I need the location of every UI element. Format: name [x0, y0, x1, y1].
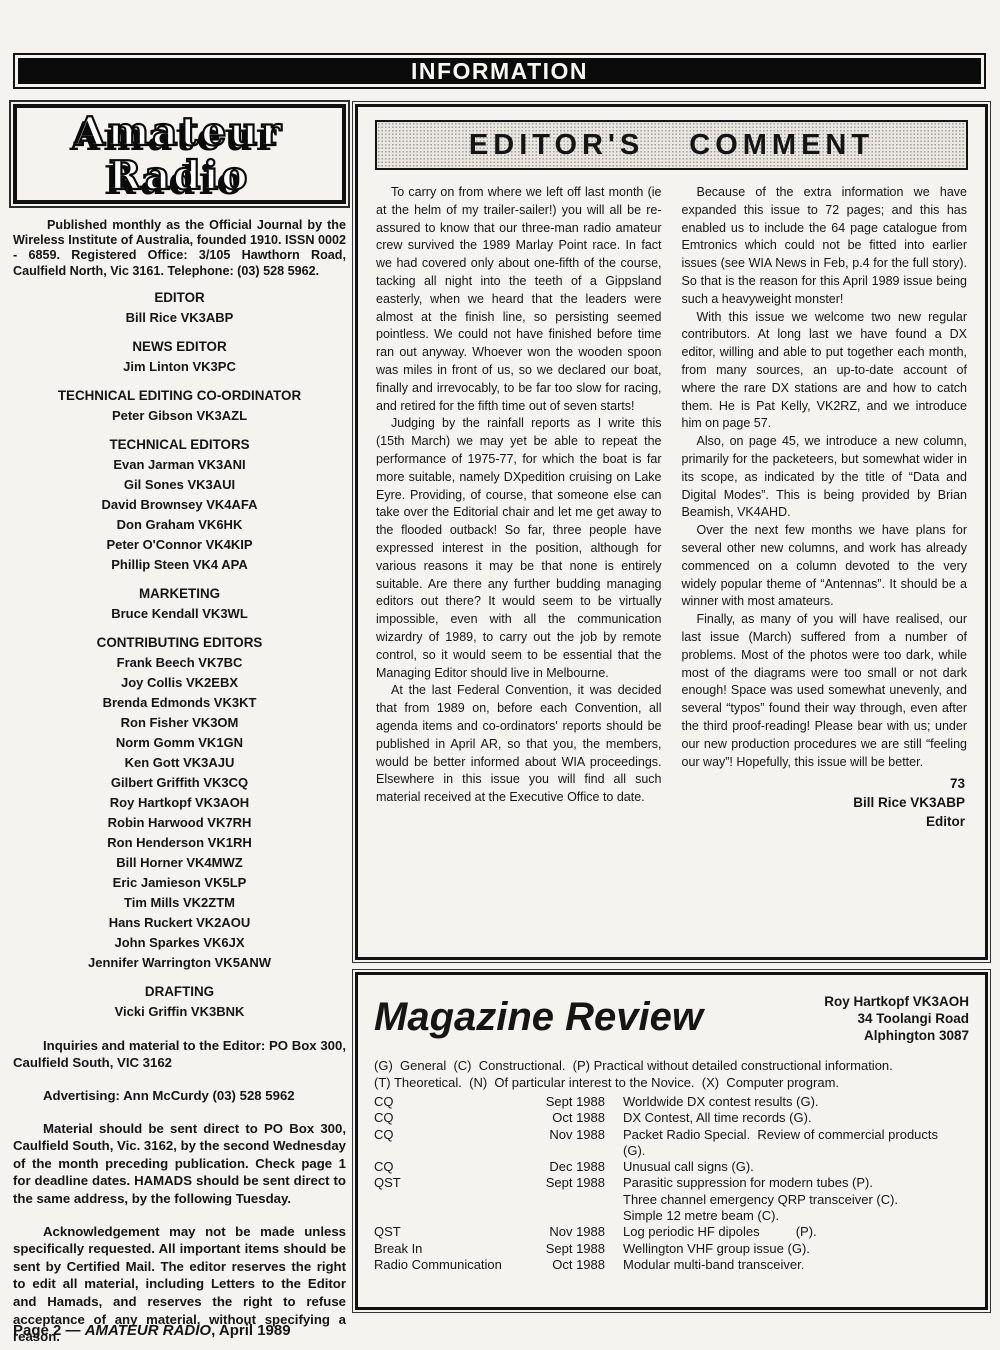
review-description: Wellington VHF group issue (G). — [623, 1241, 969, 1257]
logo-word-radio: Radio — [109, 154, 251, 198]
review-row: CQ Nov 1988 Packet Radio Special. Review… — [374, 1127, 969, 1160]
signoff-role: Editor — [682, 812, 966, 831]
staff-person: Robin Harwood VK7RH — [13, 813, 346, 833]
comment-paragraph: Finally, as many of you will have realis… — [682, 611, 968, 771]
review-magazine: Radio Communication — [374, 1257, 519, 1273]
staff-person: Bill Horner VK4MWZ — [13, 853, 346, 873]
staff-person: Hans Ruckert VK2AOU — [13, 913, 346, 933]
staff-person: Peter O'Connor VK4KIP — [13, 535, 346, 555]
review-magazine: CQ — [374, 1110, 519, 1126]
logo-word-amateur: Amateur — [75, 110, 285, 154]
page-footer: Page 2 — AMATEUR RADIO, April 1989 — [13, 1322, 291, 1339]
review-description: Packet Radio Special. Review of commerci… — [623, 1127, 969, 1160]
staff-person: Ron Fisher VK3OM — [13, 713, 346, 733]
review-magazine: CQ — [374, 1094, 519, 1110]
staff-section-title: TECHNICAL EDITORS — [13, 435, 346, 455]
comment-paragraph: Judging by the rainfall reports as I wri… — [376, 415, 662, 682]
staff-person: David Brownsey VK4AFA — [13, 495, 346, 515]
masthead-note: Inquiries and material to the Editor: PO… — [13, 1037, 346, 1072]
review-date: Oct 1988 — [537, 1110, 605, 1126]
review-description: DX Contest, All time records (G). — [623, 1110, 969, 1126]
review-date: Oct 1988 — [537, 1257, 605, 1273]
staff-person: Gil Sones VK3AUI — [13, 475, 346, 495]
review-table: CQ Sept 1988 Worldwide DX contest result… — [374, 1094, 969, 1273]
staff-person: Jennifer Warrington VK5ANW — [13, 953, 346, 973]
staff-person: Roy Hartkopf VK3AOH — [13, 793, 346, 813]
review-description: Modular multi-band transceiver. — [623, 1257, 969, 1273]
comment-paragraph: Because of the extra information we have… — [682, 184, 968, 309]
staff-person: Bruce Kendall VK3WL — [13, 604, 346, 624]
review-description: Log periodic HF dipoles (P). — [623, 1224, 969, 1240]
review-legend-line-2: (T) Theoretical. (N) Of particular inter… — [374, 1075, 969, 1092]
staff-section-contributing-editors: CONTRIBUTING EDITORS Frank Beech VK7BCJo… — [13, 633, 346, 973]
review-magazine: CQ — [374, 1159, 519, 1175]
staff-person: Gilbert Griffith VK3CQ — [13, 773, 346, 793]
staff-person: Frank Beech VK7BC — [13, 653, 346, 673]
review-date: Nov 1988 — [537, 1224, 605, 1240]
staff-person: Don Graham VK6HK — [13, 515, 346, 535]
review-row: QST Sept 1988 Parasitic suppression for … — [374, 1175, 969, 1224]
staff-section-title: EDITOR — [13, 288, 346, 308]
staff-people: Evan Jarman VK3ANIGil Sones VK3AUIDavid … — [13, 455, 346, 575]
staff-person: Bill Rice VK3ABP — [13, 308, 346, 328]
editors-comment-columns: To carry on from where we left off last … — [376, 184, 967, 831]
review-magazine: QST — [374, 1175, 519, 1224]
review-magazine: CQ — [374, 1127, 519, 1160]
staff-section-news-editor: NEWS EDITOR Jim Linton VK3PC — [13, 337, 346, 377]
staff-people: Bruce Kendall VK3WL — [13, 604, 346, 624]
editors-comment-header: EDITOR'S COMMENT — [375, 120, 968, 170]
staff-section-title: TECHNICAL EDITING CO-ORDINATOR — [13, 386, 346, 406]
comment-paragraph: Also, on page 45, we introduce a new col… — [682, 433, 968, 522]
information-label: INFORMATION — [411, 58, 588, 85]
footer-page-number: Page 2 — — [13, 1322, 85, 1339]
editors-comment-column-2: Because of the extra information we have… — [682, 184, 968, 831]
magazine-review-title: Magazine Review — [374, 995, 703, 1039]
footer-magazine-name: AMATEUR RADIO — [85, 1322, 211, 1339]
staff-person: Peter Gibson VK3AZL — [13, 406, 346, 426]
comment-paragraph: With this issue we welcome two new regul… — [682, 309, 968, 434]
staff-person: Joy Collis VK2EBX — [13, 673, 346, 693]
review-date: Sept 1988 — [537, 1094, 605, 1110]
masthead-column: Amateur Radio Published monthly as the O… — [13, 104, 346, 1346]
comment-paragraphs: Because of the extra information we have… — [682, 184, 968, 771]
information-banner-bar: INFORMATION — [18, 58, 981, 84]
staff-people: Frank Beech VK7BCJoy Collis VK2EBXBrenda… — [13, 653, 346, 973]
masthead-note: Material should be sent direct to PO Box… — [13, 1120, 346, 1208]
comment-paragraph: To carry on from where we left off last … — [376, 184, 662, 415]
signoff-name: Bill Rice VK3ABP — [682, 793, 966, 812]
review-row: CQ Sept 1988 Worldwide DX contest result… — [374, 1094, 969, 1110]
review-date: Dec 1988 — [537, 1159, 605, 1175]
staff-section-technical-editors: TECHNICAL EDITORS Evan Jarman VK3ANIGil … — [13, 435, 346, 575]
review-date: Sept 1988 — [537, 1175, 605, 1224]
editors-comment-title: EDITOR'S COMMENT — [469, 129, 874, 162]
staff-section-tech-coordinator: TECHNICAL EDITING CO-ORDINATOR Peter Gib… — [13, 386, 346, 426]
masthead-note: Advertising: Ann McCurdy (03) 528 5962 — [13, 1087, 346, 1105]
signoff-block: 73 Bill Rice VK3ABP Editor — [682, 774, 968, 831]
staff-section-editor: EDITOR Bill Rice VK3ABP — [13, 288, 346, 328]
staff-section-drafting: DRAFTING Vicki Griffin VK3BNK — [13, 982, 346, 1022]
comment-paragraph: At the last Federal Convention, it was d… — [376, 682, 662, 807]
information-banner: INFORMATION — [13, 53, 986, 89]
reviewer-suburb: Alphington 3087 — [824, 1027, 969, 1044]
staff-person: Eric Jamieson VK5LP — [13, 873, 346, 893]
review-row: CQ Oct 1988 DX Contest, All time records… — [374, 1110, 969, 1126]
staff-section-marketing: MARKETING Bruce Kendall VK3WL — [13, 584, 346, 624]
review-legend-line-1: (G) General (C) Constructional. (P) Prac… — [374, 1058, 969, 1075]
footer-issue-date: , April 1989 — [211, 1322, 290, 1339]
staff-person: Tim Mills VK2ZTM — [13, 893, 346, 913]
staff-section-title: DRAFTING — [13, 982, 346, 1002]
staff-person: John Sparkes VK6JX — [13, 933, 346, 953]
magazine-review-box: Magazine Review Roy Hartkopf VK3AOH 34 T… — [355, 972, 988, 1310]
editors-comment-box: EDITOR'S COMMENT To carry on from where … — [355, 104, 988, 960]
review-description: Parasitic suppression for modern tubes (… — [623, 1175, 969, 1224]
staff-person: Vicki Griffin VK3BNK — [13, 1002, 346, 1022]
published-info: Published monthly as the Official Journa… — [13, 218, 346, 279]
staff-section-title: MARKETING — [13, 584, 346, 604]
staff-people: Vicki Griffin VK3BNK — [13, 1002, 346, 1022]
staff-person: Brenda Edmonds VK3KT — [13, 693, 346, 713]
review-magazine: QST — [374, 1224, 519, 1240]
masthead-logo-box: Amateur Radio — [13, 104, 346, 204]
comment-paragraphs: To carry on from where we left off last … — [376, 184, 662, 807]
signoff-73: 73 — [682, 774, 966, 793]
review-row: Radio Communication Oct 1988 Modular mul… — [374, 1257, 969, 1273]
review-magazine: Break In — [374, 1241, 519, 1257]
review-date: Sept 1988 — [537, 1241, 605, 1257]
staff-person: Ken Gott VK3AJU — [13, 753, 346, 773]
staff-person: Phillip Steen VK4 APA — [13, 555, 346, 575]
review-row: CQ Dec 1988 Unusual call signs (G). — [374, 1159, 969, 1175]
staff-list: EDITOR Bill Rice VK3ABP NEWS EDITOR Jim … — [13, 288, 346, 1022]
review-description: Worldwide DX contest results (G). — [623, 1094, 969, 1110]
review-row: QST Nov 1988 Log periodic HF dipoles (P)… — [374, 1224, 969, 1240]
magazine-review-header: Magazine Review Roy Hartkopf VK3AOH 34 T… — [374, 989, 969, 1044]
staff-people: Bill Rice VK3ABP — [13, 308, 346, 328]
reviewer-contact: Roy Hartkopf VK3AOH 34 Toolangi Road Alp… — [824, 993, 969, 1044]
staff-people: Jim Linton VK3PC — [13, 357, 346, 377]
staff-people: Peter Gibson VK3AZL — [13, 406, 346, 426]
editors-comment-column-1: To carry on from where we left off last … — [376, 184, 662, 831]
comment-paragraph: Over the next few months we have plans f… — [682, 522, 968, 611]
staff-person: Evan Jarman VK3ANI — [13, 455, 346, 475]
reviewer-street: 34 Toolangi Road — [824, 1010, 969, 1027]
staff-section-title: CONTRIBUTING EDITORS — [13, 633, 346, 653]
staff-person: Ron Henderson VK1RH — [13, 833, 346, 853]
staff-section-title: NEWS EDITOR — [13, 337, 346, 357]
review-description: Unusual call signs (G). — [623, 1159, 969, 1175]
staff-person: Norm Gomm VK1GN — [13, 733, 346, 753]
staff-person: Jim Linton VK3PC — [13, 357, 346, 377]
review-row: Break In Sept 1988 Wellington VHF group … — [374, 1241, 969, 1257]
review-date: Nov 1988 — [537, 1127, 605, 1160]
reviewer-name: Roy Hartkopf VK3AOH — [824, 993, 969, 1010]
masthead-notes: Inquiries and material to the Editor: PO… — [13, 1037, 346, 1346]
